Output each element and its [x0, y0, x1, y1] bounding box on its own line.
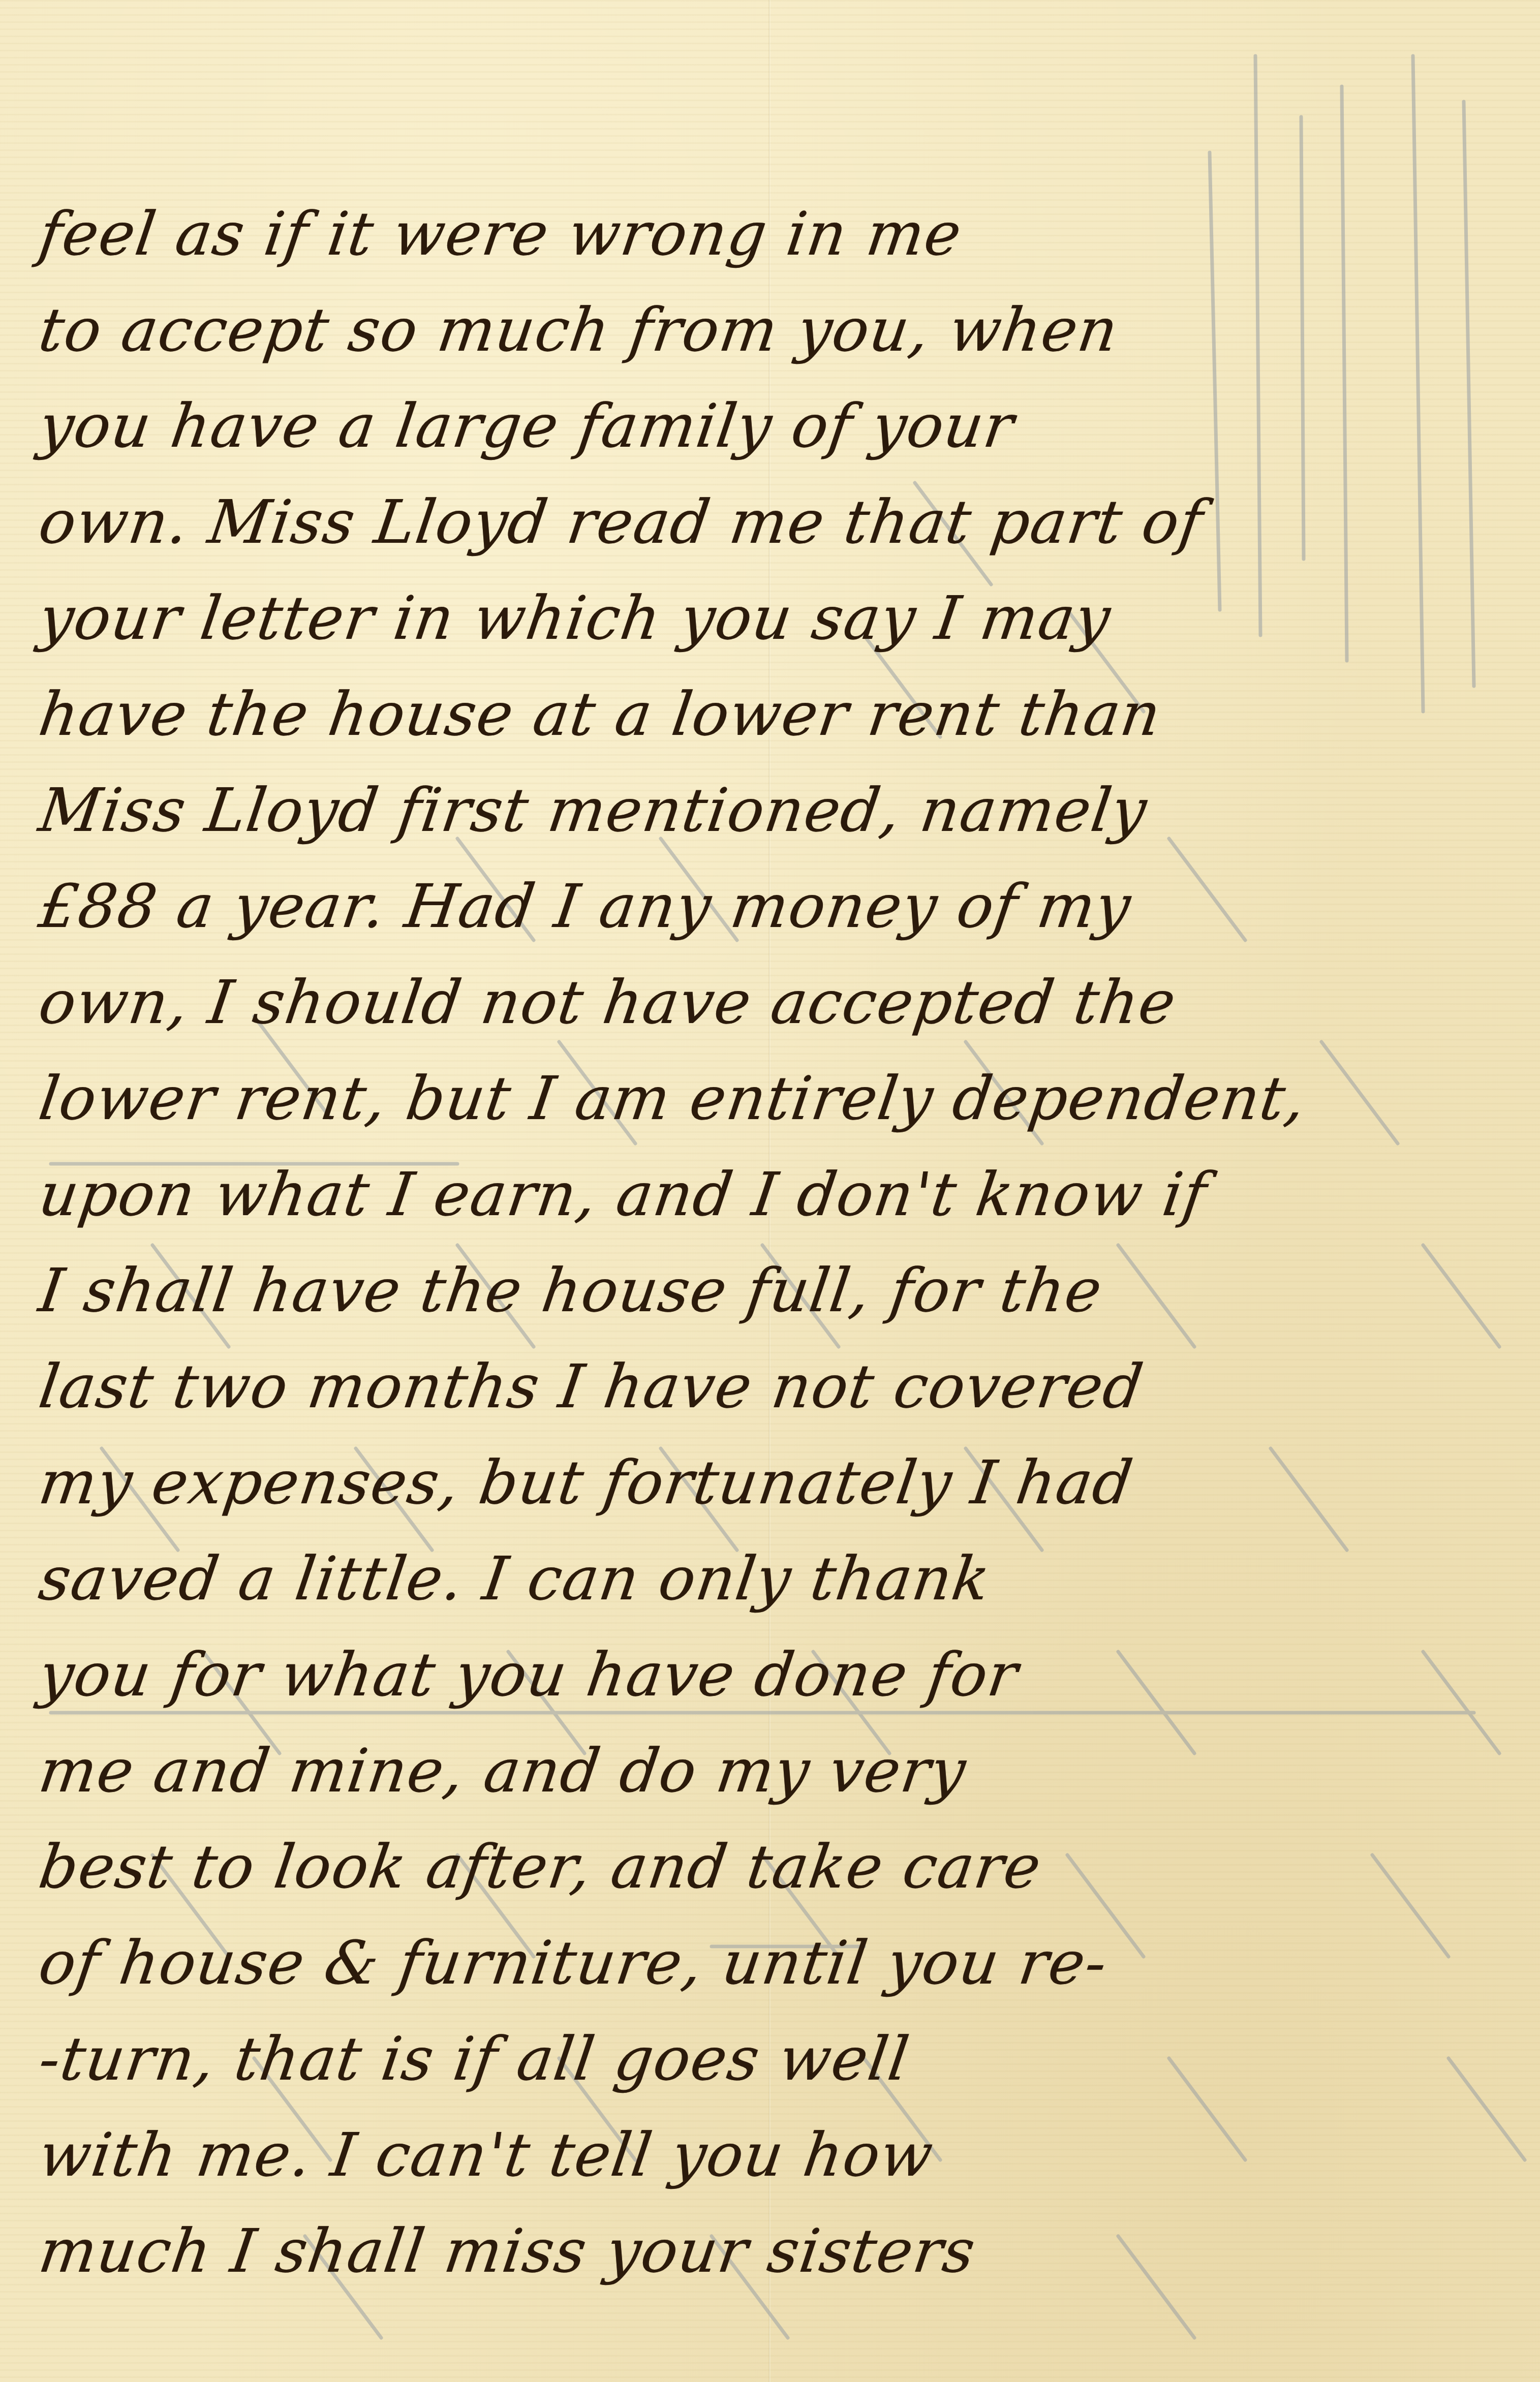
letter-line-text: -turn, that is if all goes well [36, 2029, 913, 2089]
letter-line-text: much I shall miss your sisters [36, 2221, 979, 2281]
letter-line: feel as if it were wrong in me [36, 168, 1523, 264]
letter-line-text: I shall have the house full, for the [36, 1260, 1106, 1320]
letter-line-text: saved a little. I can only thank [36, 1549, 994, 1608]
letter-line: best to look after, and take care [36, 1801, 1523, 1897]
letter-line: to accept so much from you, when [36, 264, 1523, 360]
letter-line: last two months I have not covered [36, 1320, 1523, 1416]
letter-line-text: of house & furniture, until you re- [36, 1933, 1112, 1993]
letter-line: upon what I earn, and I don't know if [36, 1128, 1523, 1224]
letter-line: £88 a year. Had I any money of my [36, 840, 1523, 936]
letter-line-text: you for what you have done for [36, 1645, 1022, 1705]
letter-line-text: Miss Lloyd first mentioned, namely [36, 780, 1151, 840]
letter-line: Miss Lloyd first mentioned, namely [36, 744, 1523, 840]
letter-line: you have a large family of your [36, 360, 1523, 456]
letter-line-text: best to look after, and take care [36, 1837, 1045, 1897]
letter-line: much I shall miss your sisters [36, 2185, 1523, 2281]
letter-line-text: own. Miss Lloyd read me that part of [36, 492, 1207, 552]
letter-line: of house & furniture, until you re- [36, 1897, 1523, 1993]
letter-line-text: your letter in which you say I may [36, 588, 1115, 648]
letter-line: lower rent, but I am entirely dependent, [36, 1032, 1523, 1128]
letter-line-text: you have a large family of your [36, 396, 1018, 456]
letter-page: feel as if it were wrong in me to accept… [0, 0, 1540, 2382]
letter-line: you for what you have done for [36, 1608, 1523, 1705]
letter-line-text: last two months I have not covered [36, 1356, 1147, 1416]
letter-line-text: have the house at a lower rent than [36, 684, 1165, 744]
letter-line-text: my expenses, but fortunately I had [36, 1452, 1137, 1512]
letter-line-text: upon what I earn, and I don't know if [36, 1164, 1211, 1224]
letter-line-text: to accept so much from you, when [36, 300, 1122, 360]
letter-line-text: feel as if it were wrong in me [36, 204, 966, 264]
letter-line: with me. I can't tell you how [36, 2089, 1523, 2185]
letter-line: have the house at a lower rent than [36, 648, 1523, 744]
letter-line-text: lower rent, but I am entirely dependent, [36, 1068, 1310, 1128]
letter-line: saved a little. I can only thank [36, 1512, 1523, 1608]
letter-line-text: me and mine, and do my very [36, 1741, 970, 1801]
letter-line: me and mine, and do my very [36, 1705, 1523, 1801]
letter-line: your letter in which you say I may [36, 552, 1523, 648]
letter-line: I shall have the house full, for the [36, 1224, 1523, 1320]
letter-body: feel as if it were wrong in me to accept… [36, 168, 1510, 2281]
letter-line: own. Miss Lloyd read me that part of [36, 456, 1523, 552]
letter-line: own, I should not have accepted the [36, 936, 1523, 1032]
letter-line-text: own, I should not have accepted the [36, 972, 1180, 1032]
letter-line: my expenses, but fortunately I had [36, 1416, 1523, 1512]
letter-line-text: with me. I can't tell you how [36, 2125, 937, 2185]
letter-line: -turn, that is if all goes well [36, 1993, 1523, 2089]
letter-line-text: £88 a year. Had I any money of my [36, 876, 1135, 936]
